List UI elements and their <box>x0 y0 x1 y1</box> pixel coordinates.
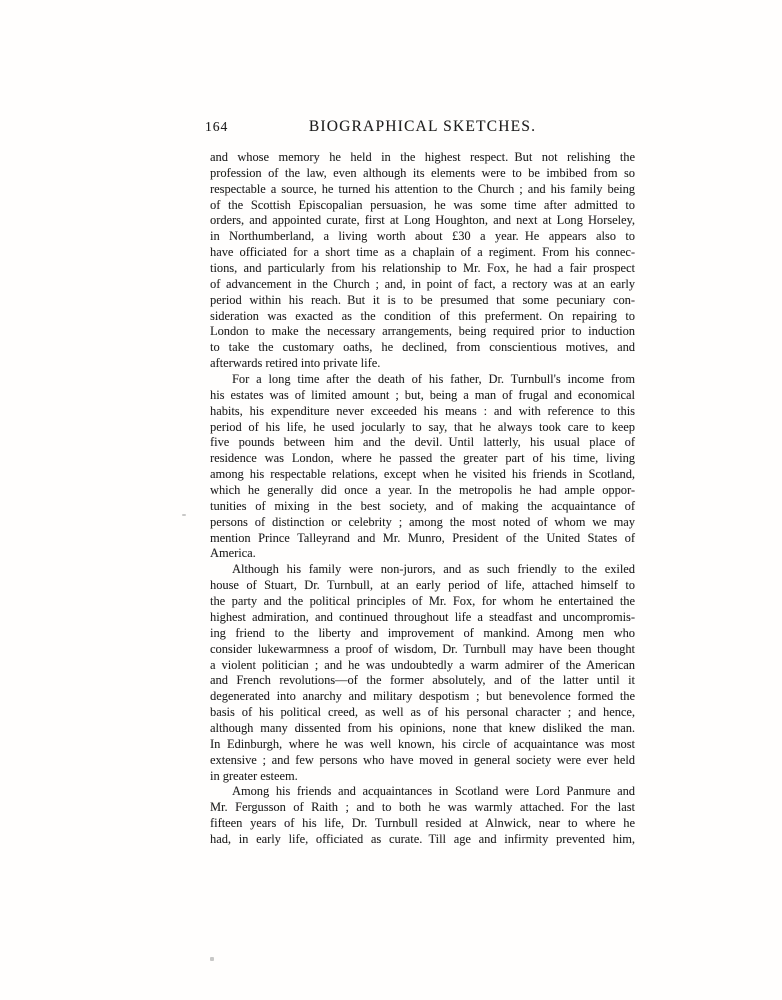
text-line: orders, and appointed curate, first at L… <box>210 213 635 229</box>
text-line: residence was London, where he passed th… <box>210 451 635 467</box>
book-page: 164 BIOGRAPHICAL SKETCHES. and whose mem… <box>0 0 782 1000</box>
text-line: the party and the political principles o… <box>210 594 635 610</box>
paragraph: Among his friends and acquaintances in S… <box>210 784 635 847</box>
text-line: mention Prince Talleyrand and Mr. Munro,… <box>210 531 635 547</box>
text-line: America. <box>210 546 635 562</box>
paragraph: and whose memory he held in the highest … <box>210 150 635 372</box>
text-line: period within his reach. But it is to be… <box>210 293 635 309</box>
paragraph: For a long time after the death of his f… <box>210 372 635 562</box>
text-line: have officiated for a short time as a ch… <box>210 245 635 261</box>
text-line: in greater esteem. <box>210 769 635 785</box>
text-line: fifteen years of his life, Dr. Turnbull … <box>210 816 635 832</box>
text-line: ing friend to the liberty and improvemen… <box>210 626 635 642</box>
text-line: degenerated into anarchy and military de… <box>210 689 635 705</box>
text-line: profession of the law, even although its… <box>210 166 635 182</box>
body-text: and whose memory he held in the highest … <box>210 150 635 848</box>
text-line: and French revolutions—of the former abs… <box>210 673 635 689</box>
text-line: habits, his expenditure never exceeded h… <box>210 404 635 420</box>
text-line: a violent politician ; and he was undoub… <box>210 658 635 674</box>
scan-artifact <box>210 957 214 961</box>
text-line: of the Scottish Episcopalian persuasion,… <box>210 198 635 214</box>
text-line: persons of distinction or celebrity ; am… <box>210 515 635 531</box>
text-line: respectable a source, he turned his atte… <box>210 182 635 198</box>
text-line: to take the customary oaths, he declined… <box>210 340 635 356</box>
text-line: five pounds between him and the devil. U… <box>210 435 635 451</box>
text-line: although many dissented from his opinion… <box>210 721 635 737</box>
text-line: consider lukewarmness a proof of wisdom,… <box>210 642 635 658</box>
text-line: house of Stuart, Dr. Turnbull, at an ear… <box>210 578 635 594</box>
text-line: Mr. Fergusson of Raith ; and to both he … <box>210 800 635 816</box>
text-line: basis of his political creed, as well as… <box>210 705 635 721</box>
running-title: BIOGRAPHICAL SKETCHES. <box>210 118 635 136</box>
text-line: tunities of mixing in the best society, … <box>210 499 635 515</box>
text-line: afterwards retired into private life. <box>210 356 635 372</box>
text-line: Although his family were non-jurors, and… <box>210 562 635 578</box>
text-line: his estates was of limited amount ; but,… <box>210 388 635 404</box>
text-line: London to make the necessary arrangement… <box>210 324 635 340</box>
text-line: sideration was exacted as the condition … <box>210 309 635 325</box>
page-header: 164 BIOGRAPHICAL SKETCHES. <box>210 118 635 136</box>
text-line: highest admiration, and continued throug… <box>210 610 635 626</box>
text-line: and whose memory he held in the highest … <box>210 150 635 166</box>
text-line: extensive ; and few persons who have mov… <box>210 753 635 769</box>
text-line: tions, and particularly from his relatio… <box>210 261 635 277</box>
text-line: of advancement in the Church ; and, in p… <box>210 277 635 293</box>
text-line: In Edinburgh, where he was well known, h… <box>210 737 635 753</box>
text-line: Among his friends and acquaintances in S… <box>210 784 635 800</box>
text-line: For a long time after the death of his f… <box>210 372 635 388</box>
text-line: had, in early life, officiated as curate… <box>210 832 635 848</box>
text-line: among his respectable relations, except … <box>210 467 635 483</box>
text-line: period of his life, he used jocularly to… <box>210 420 635 436</box>
paragraph: Although his family were non-jurors, and… <box>210 562 635 784</box>
text-line: in Northumberland, a living worth about … <box>210 229 635 245</box>
text-line: which he generally did once a year. In t… <box>210 483 635 499</box>
scan-artifact <box>182 514 186 516</box>
